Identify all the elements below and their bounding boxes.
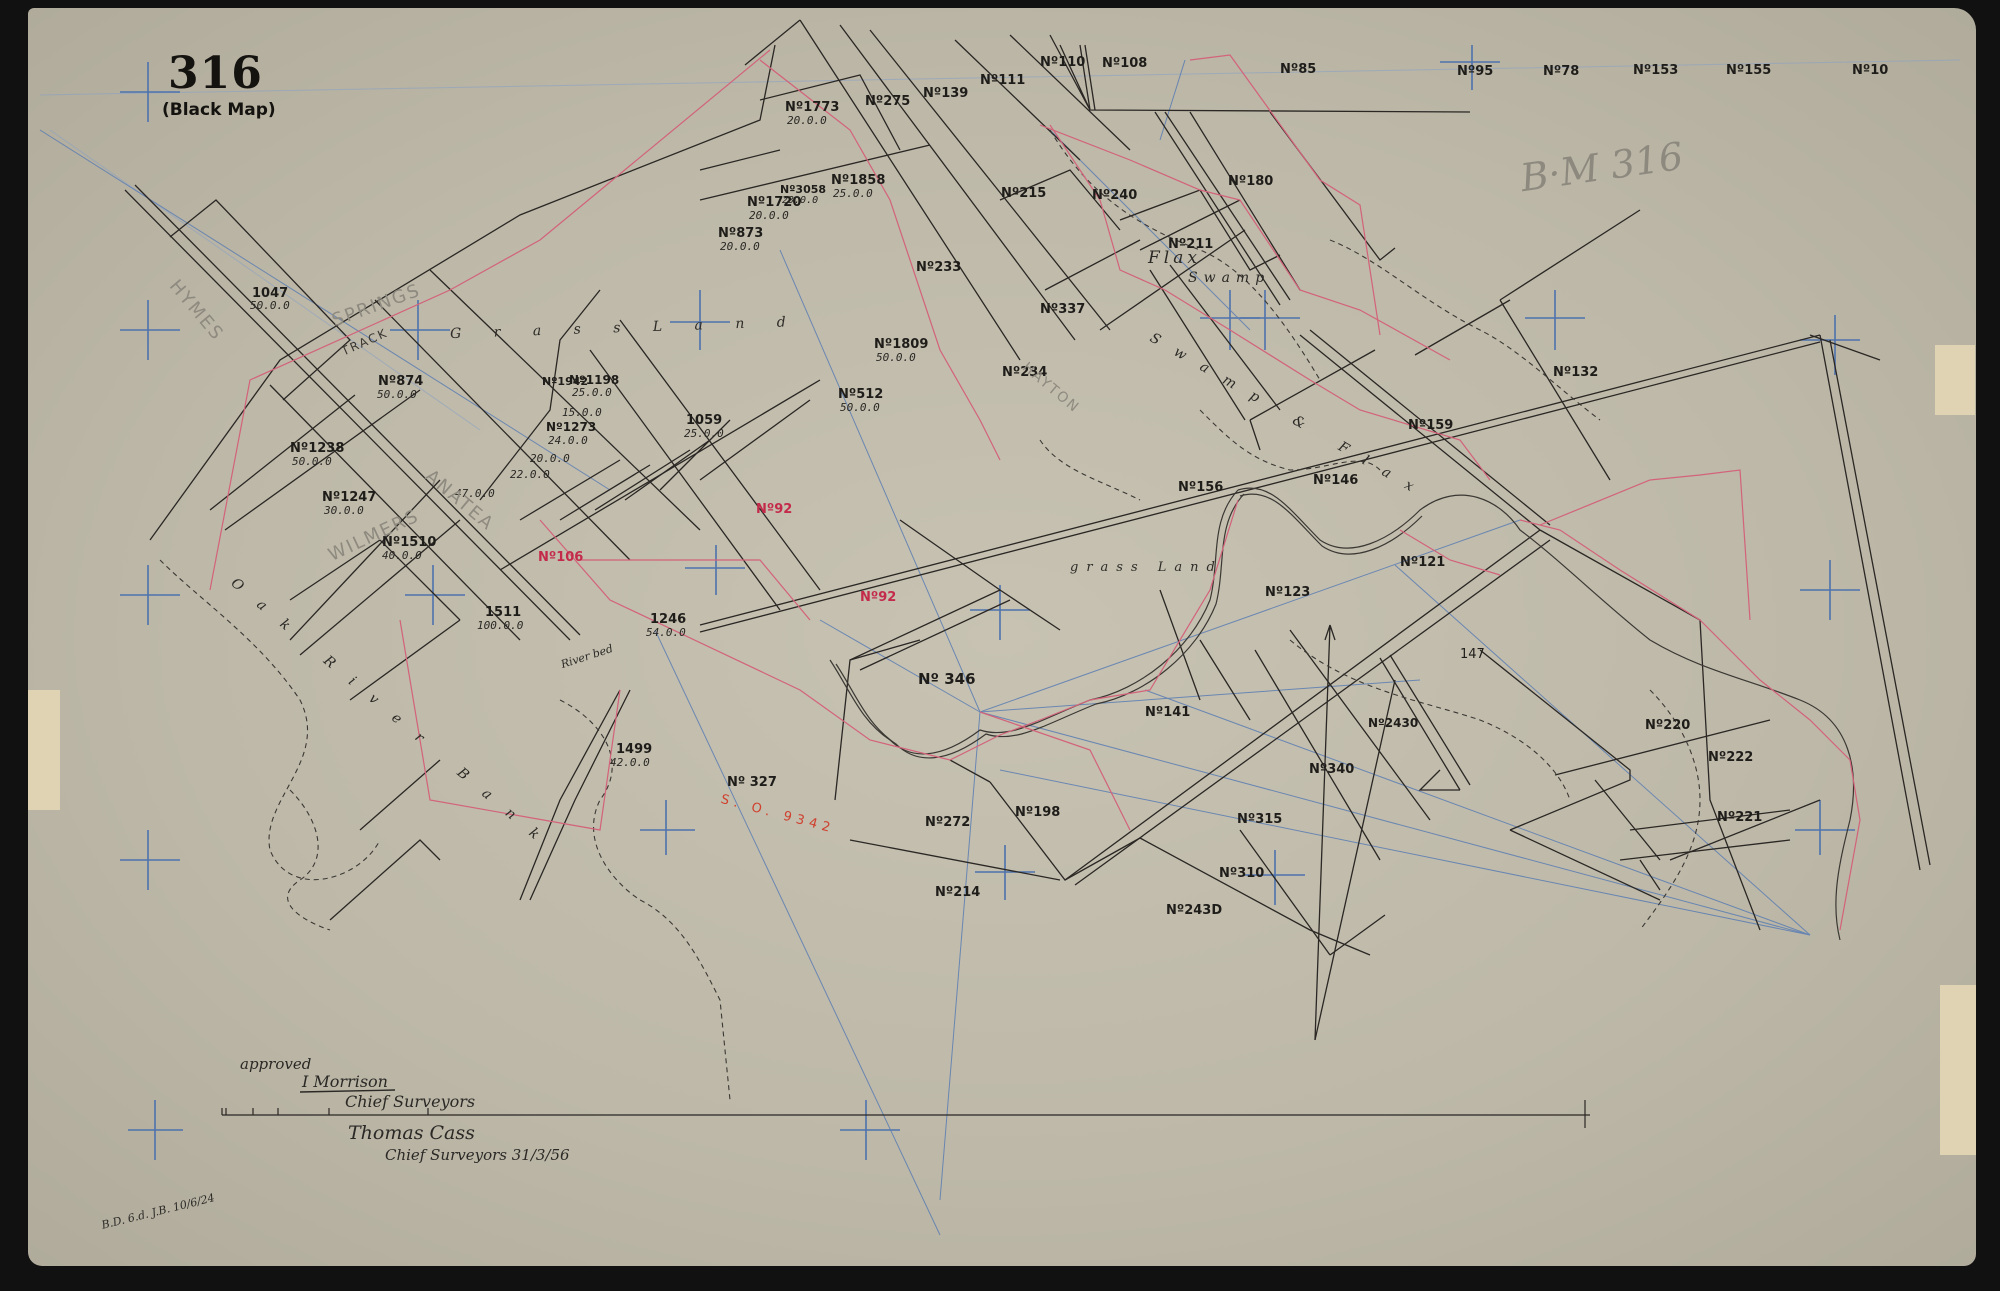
- section-label: 147: [1460, 647, 1485, 662]
- section-label: Nº110: [1040, 55, 1085, 70]
- section-label: Nº1720: [747, 195, 801, 210]
- section-label: Nº1858: [831, 173, 885, 188]
- section-label: Nº315: [1237, 812, 1282, 827]
- section-label: Nº139: [923, 86, 968, 101]
- section-label: Nº1773: [785, 100, 839, 115]
- section-label: Nº2430: [1368, 716, 1418, 730]
- swamp-label: Swamp: [1188, 270, 1270, 286]
- section-label: Nº310: [1219, 866, 1264, 881]
- section-label: Nº198: [1015, 805, 1060, 820]
- section-label: Nº1273: [546, 420, 596, 434]
- section-area: 25.0.0: [572, 386, 612, 399]
- section-label: Nº1198: [569, 373, 619, 387]
- section-area: 15.0.0: [562, 406, 602, 419]
- registration-crosses: [120, 45, 1860, 1160]
- section-area: 50.0.0: [876, 351, 916, 364]
- section-label: Nº85: [1280, 62, 1316, 77]
- section-label: Nº222: [1708, 750, 1753, 765]
- section-area: 40.0.0: [382, 549, 422, 562]
- section-area: 24.0.0: [548, 434, 588, 447]
- map-type-label: (Black Map): [162, 100, 276, 120]
- section-label: Nº1247: [322, 490, 376, 505]
- section-area: 30.0.0: [324, 504, 364, 517]
- section-area: 42.0.0: [610, 756, 650, 769]
- section-label: Nº275: [865, 94, 910, 109]
- section-label: Nº337: [1040, 302, 1085, 317]
- section-label: Nº 327: [727, 775, 777, 790]
- signature-cass: Thomas Cass: [348, 1122, 475, 1144]
- section-label: Nº123: [1265, 585, 1310, 600]
- section-label: 1499: [616, 742, 652, 757]
- section-area: 20.0.0: [720, 240, 760, 253]
- section-area: 100.0.0: [477, 619, 523, 632]
- section-area: 50.0.0: [250, 299, 290, 312]
- section-label: Nº1809: [874, 337, 928, 352]
- section-label: Nº121: [1400, 555, 1445, 570]
- title-chief-surveyors-2: Chief Surveyors 31/3/56: [385, 1146, 570, 1164]
- section-label: Nº10: [1852, 63, 1888, 78]
- grass-land-label-south: grass Land: [1070, 560, 1223, 575]
- section-label: Nº340: [1309, 762, 1354, 777]
- section-label: Nº214: [935, 885, 980, 900]
- section-label: Nº512: [838, 387, 883, 402]
- approved-label: approved: [240, 1055, 311, 1073]
- section-label: Nº108: [1102, 56, 1147, 71]
- section-area: 25.0.0: [833, 187, 873, 200]
- section-label: Nº243D: [1166, 903, 1222, 918]
- title-chief-surveyors-1: Chief Surveyors: [345, 1092, 475, 1111]
- section-label: Nº141: [1145, 705, 1190, 720]
- section-area: 20.0.0: [787, 114, 827, 127]
- section-label: Nº874: [378, 374, 423, 389]
- section-area: 20.0.0: [530, 452, 570, 465]
- section-area: 20.0.0: [749, 209, 789, 222]
- flax-label: Flax: [1148, 248, 1201, 268]
- section-label: Nº159: [1408, 418, 1453, 433]
- section-label: Nº146: [1313, 473, 1358, 488]
- section-label: Nº215: [1001, 186, 1046, 201]
- section-label: Nº220: [1645, 718, 1690, 733]
- section-label: Nº233: [916, 260, 961, 275]
- section-area: 54.0.0: [646, 626, 686, 639]
- section-label: 1059: [686, 413, 722, 428]
- section-label-red: Nº92: [756, 502, 792, 517]
- section-label: Nº156: [1178, 480, 1223, 495]
- section-label: Nº1238: [290, 441, 344, 456]
- signature-morrison: I Morrison: [302, 1072, 388, 1091]
- section-area: 22.0.0: [510, 468, 550, 481]
- section-label: Nº 346: [918, 670, 976, 688]
- section-label: Nº132: [1553, 365, 1598, 380]
- section-label: Nº272: [925, 815, 970, 830]
- section-label-red: Nº92: [860, 590, 896, 605]
- section-label: Nº221: [1717, 810, 1762, 825]
- section-label: Nº180: [1228, 174, 1273, 189]
- section-area: 50.0.0: [377, 388, 417, 401]
- section-area: 50.0.0: [840, 401, 880, 414]
- section-label: Nº111: [980, 73, 1025, 88]
- map-number: 316: [168, 48, 263, 99]
- section-label: 1246: [650, 612, 686, 627]
- section-label: Nº155: [1726, 63, 1771, 78]
- section-label: 1511: [485, 605, 521, 620]
- section-label: Nº240: [1092, 188, 1137, 203]
- section-area: 25.0.0: [684, 427, 724, 440]
- section-label: Nº78: [1543, 64, 1579, 79]
- section-area: 50.0.0: [292, 455, 332, 468]
- section-label: Nº153: [1633, 63, 1678, 78]
- section-label-red: Nº106: [538, 550, 583, 565]
- section-label: Nº95: [1457, 64, 1493, 79]
- section-label: Nº873: [718, 226, 763, 241]
